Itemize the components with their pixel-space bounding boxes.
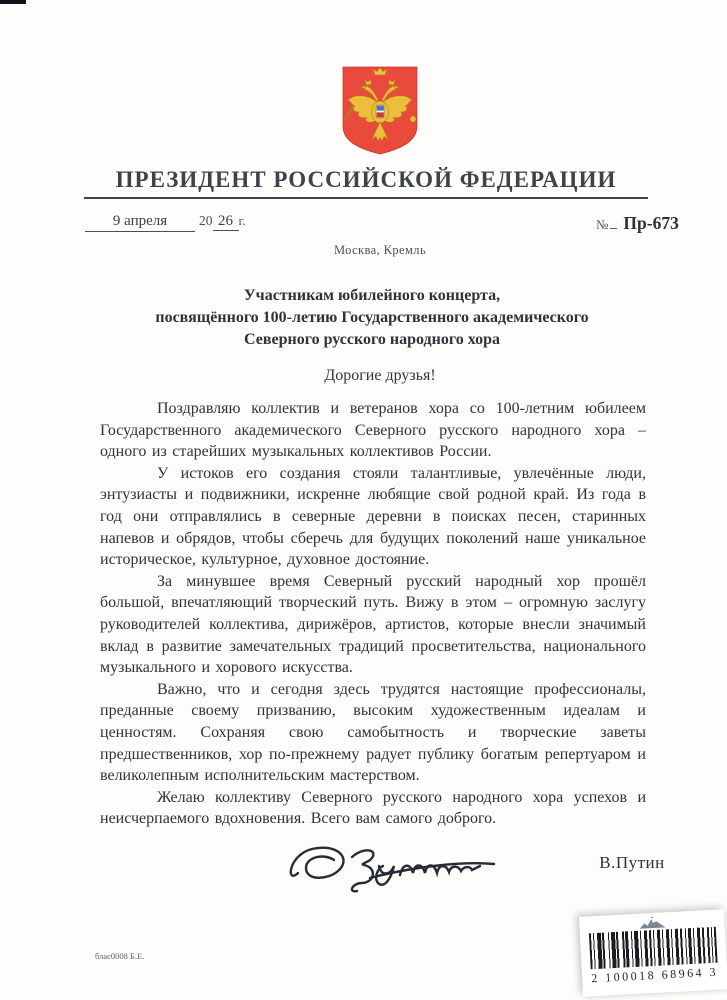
addressee-line: Северного русского народного хора	[84, 329, 660, 351]
paragraph: У истоков его создания стояли талантливы…	[100, 463, 646, 571]
date-line: 9 апреля2026г.	[85, 213, 246, 232]
number-blank	[610, 219, 617, 229]
paragraph: Поздравляю коллектив и ветеранов хора со…	[100, 398, 646, 463]
salutation: Дорогие друзья!	[100, 367, 660, 385]
kremlin-emblem-icon	[635, 915, 670, 930]
date-century: 20	[199, 213, 213, 228]
paragraph: Важно, что и сегодня здесь трудятся наст…	[100, 679, 646, 787]
letter-body: Поздравляю коллектив и ветеранов хора со…	[100, 398, 646, 830]
date-day-month: 9 апреля	[85, 213, 195, 232]
scanned-letter-page: ПРЕЗИДЕНТ РОССИЙСКОЙ ФЕДЕРАЦИИ 9 апреля2…	[0, 0, 727, 1000]
barcode-bars	[589, 927, 718, 970]
handwritten-signature	[282, 833, 537, 903]
addressee-block: Участникам юбилейного концерта, посвящён…	[84, 285, 660, 351]
addressee-line: посвящённого 100-летию Государственного …	[84, 307, 660, 329]
place-line: Москва, Кремль	[100, 243, 660, 258]
paragraph: Желаю коллективу Северного русского наро…	[100, 787, 646, 830]
barcode-label: 2 100018 68964 3	[579, 909, 727, 996]
clerk-code: блас0008 Б.Е.	[95, 951, 144, 961]
addressee-line: Участникам юбилейного концерта,	[84, 285, 660, 307]
document-number: №Пр-673	[596, 213, 679, 234]
russia-coat-of-arms-icon	[337, 64, 423, 156]
paragraph: За минувшее время Северный русский народ…	[100, 571, 646, 679]
page-title: ПРЕЗИДЕНТ РОССИЙСКОЙ ФЕДЕРАЦИИ	[84, 167, 648, 193]
scan-artifact	[0, 0, 26, 4]
date-year: 26	[213, 213, 239, 231]
date-suffix: г.	[239, 213, 246, 228]
title-divider	[84, 197, 648, 199]
number-sign: №	[596, 217, 608, 232]
rider-shield	[376, 105, 385, 118]
number-value: Пр-673	[623, 213, 678, 233]
signer-name: В.Путин	[560, 853, 704, 873]
